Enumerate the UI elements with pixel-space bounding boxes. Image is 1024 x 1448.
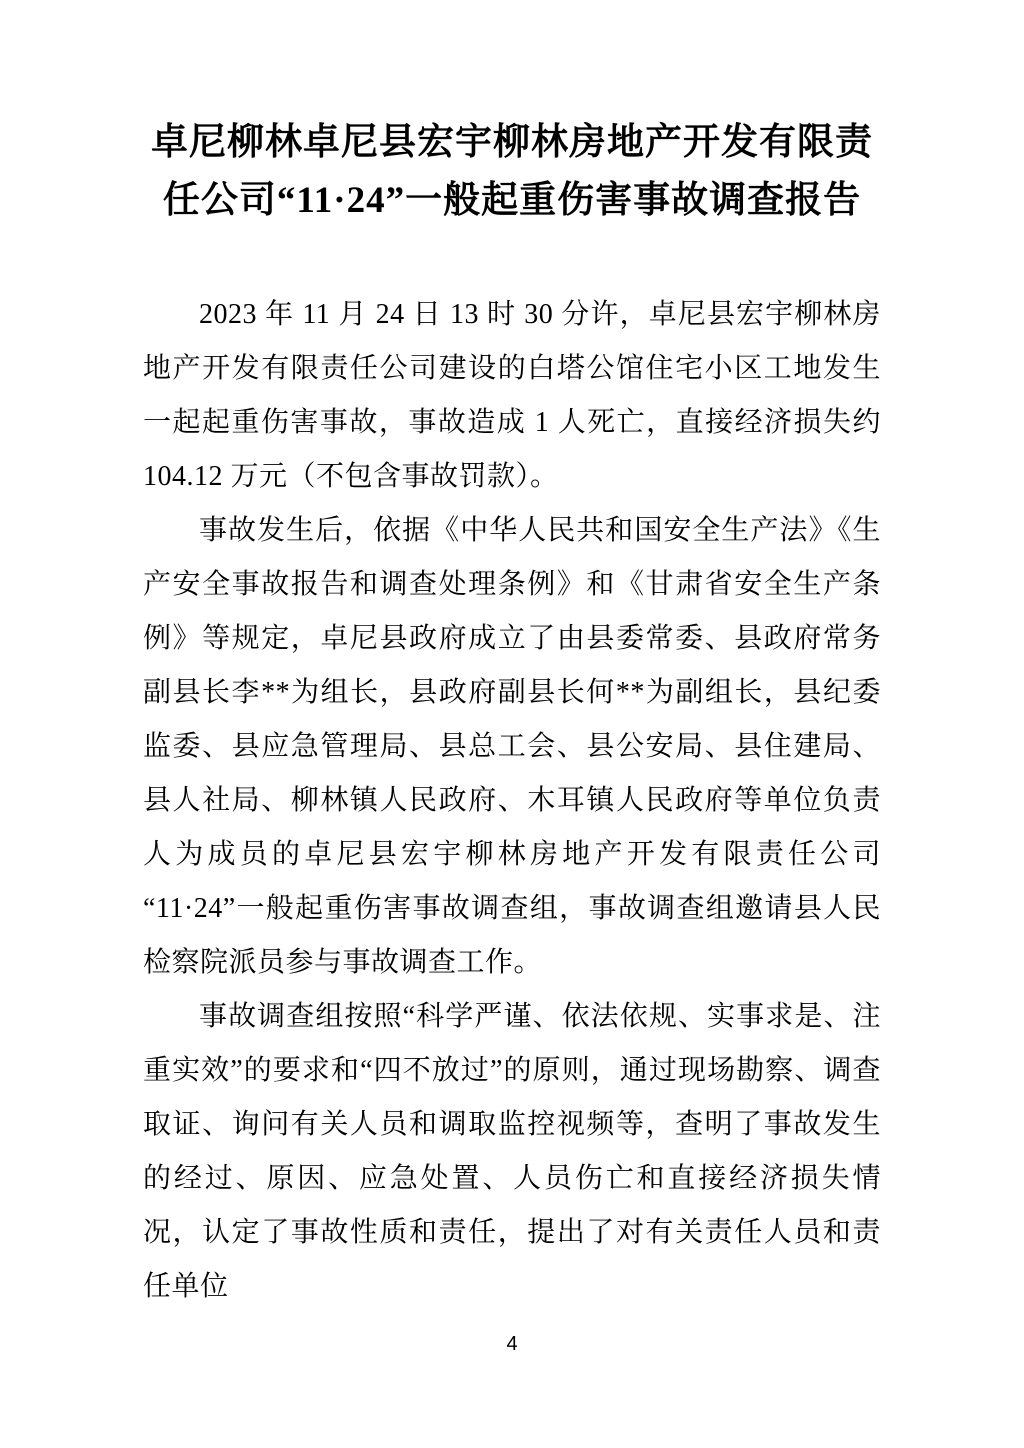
body-paragraph-3: 事故调查组按照“科学严谨、依法依规、实事求是、注重实效”的要求和“四不放过”的原… bbox=[143, 990, 881, 1314]
document-title-line-2: 任公司“11·24”一般起重伤害事故调查报告 bbox=[143, 172, 881, 230]
page-number-footer: 4 bbox=[0, 1330, 1024, 1358]
body-paragraph-2: 事故发生后，依据《中华人民共和国安全生产法》《生产安全事故报告和调查处理条例》和… bbox=[143, 504, 881, 990]
body-paragraph-1: 2023 年 11 月 24 日 13 时 30 分许，卓尼县宏宇柳林房地产开发… bbox=[143, 288, 881, 504]
document-body: 2023 年 11 月 24 日 13 时 30 分许，卓尼县宏宇柳林房地产开发… bbox=[143, 288, 881, 1314]
document-page: 卓尼柳林卓尼县宏宇柳林房地产开发有限责 任公司“11·24”一般起重伤害事故调查… bbox=[0, 0, 1024, 1448]
document-title: 卓尼柳林卓尼县宏宇柳林房地产开发有限责 任公司“11·24”一般起重伤害事故调查… bbox=[143, 114, 881, 230]
document-title-line-1: 卓尼柳林卓尼县宏宇柳林房地产开发有限责 bbox=[143, 114, 881, 172]
